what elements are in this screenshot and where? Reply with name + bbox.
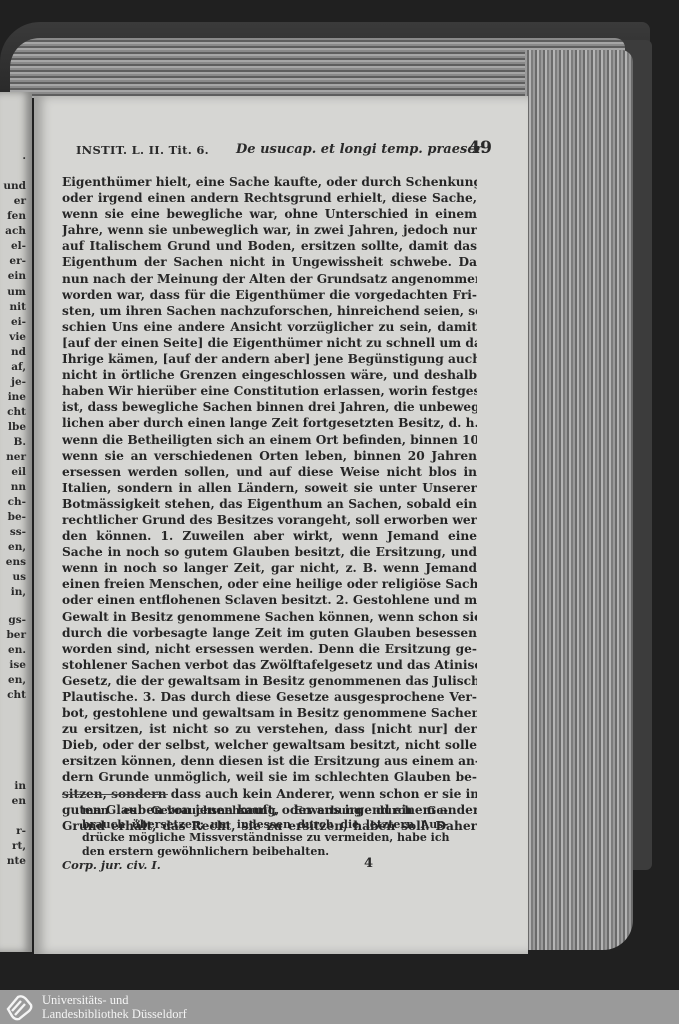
text-line: Plautische. 3. Das durch diese Gesetze a… xyxy=(62,689,477,705)
running-head-section: INSTIT. L. II. Tit. 6. xyxy=(76,143,209,157)
running-head: INSTIT. L. II. Tit. 6. De usucap. et lon… xyxy=(76,141,492,161)
left-page-text-fragment: je- xyxy=(11,376,26,389)
left-page-text-fragment: ner xyxy=(6,451,26,464)
left-page-text-fragment: ei- xyxy=(11,316,26,329)
text-line: [auf der einen Seite] die Eigenthümer ni… xyxy=(62,335,477,351)
text-line: oder irgend einen andern Rechtsgrund erh… xyxy=(62,190,477,206)
footnote: man es Gebrauchsnehmung, Erwerbung durch… xyxy=(82,804,448,858)
left-page-text-fragment: cht xyxy=(7,689,26,702)
text-line: worden sind, nicht ersessen werden. Denn… xyxy=(62,641,477,657)
footnote-line: drücke mögliche Missverständnisse zu ver… xyxy=(82,831,448,845)
left-page-text-fragment: en, xyxy=(8,674,26,687)
left-page-text-fragment: ein xyxy=(8,270,26,283)
text-line: dern Grunde unmöglich, weil sie im schle… xyxy=(62,769,477,785)
text-line: Jahre, wenn sie unbeweglich war, in zwei… xyxy=(62,222,477,238)
left-page-text-fragment: af, xyxy=(11,361,26,374)
text-line: Eigenthum der Sachen nicht in Ungewisshe… xyxy=(62,254,477,270)
text-line: nicht in örtliche Grenzen eingeschlossen… xyxy=(62,367,477,383)
left-page-text-fragment: in, xyxy=(11,586,26,599)
left-page-text-fragment: gs- xyxy=(8,614,26,627)
left-page-text-fragment: nn xyxy=(11,481,26,494)
left-page-text-fragment: ens xyxy=(6,556,26,569)
left-page-text-fragment: en, xyxy=(8,541,26,554)
text-line: wenn sie eine bewegliche war, ohne Unter… xyxy=(62,206,477,222)
left-page-text-fragment: nit xyxy=(10,301,26,314)
left-page-text-fragment: nte xyxy=(7,855,26,868)
text-line: den können. 1. Zuweilen aber wirkt, wenn… xyxy=(62,528,477,544)
text-line: schien Uns eine andere Ansicht vorzüglic… xyxy=(62,319,477,335)
left-page-text-fragment: r- xyxy=(16,825,26,838)
footnote-line: man es Gebrauchsnehmung, Erwerbung durch… xyxy=(82,804,448,818)
signature-mark: Corp. jur. civ. I. xyxy=(62,858,161,872)
left-page-text-fragment: ine xyxy=(8,391,26,404)
left-page-text-fragment: be- xyxy=(8,511,26,524)
text-line: haben Wir hierüber eine Constitution erl… xyxy=(62,383,477,399)
left-page-text-fragment: um xyxy=(7,286,26,299)
book-photo: .underfenachel-er-einumnitei-viendaf,je-… xyxy=(0,0,679,990)
left-page-text-fragment: eil xyxy=(11,466,26,479)
text-line: oder einen entflohenen Sclaven besitzt. … xyxy=(62,592,477,608)
footnote-divider xyxy=(62,794,168,795)
left-page-text-fragment: ss- xyxy=(10,526,26,539)
text-line: wenn in noch so langer Zeit, gar nicht, … xyxy=(62,560,477,576)
text-line: Gesetz, die der gewaltsam in Besitz geno… xyxy=(62,673,477,689)
left-page-text-fragment: ber xyxy=(6,629,26,642)
text-line: lichen aber durch einen lange Zeit fortg… xyxy=(62,415,477,431)
text-line: Botmässigkeit stehen, das Eigenthum an S… xyxy=(62,496,477,512)
left-page-text-fragment: ise xyxy=(9,659,26,672)
left-page-text-fragment: us xyxy=(12,571,26,584)
left-page-fragment: .underfenachel-er-einumnitei-viendaf,je-… xyxy=(0,92,32,952)
left-page-text-fragment: . xyxy=(22,150,26,163)
left-page-text-fragment: en. xyxy=(8,644,26,657)
text-line: Dieb, oder der selbst, welcher gewaltsam… xyxy=(62,737,477,753)
left-page-text-fragment: nd xyxy=(11,346,26,359)
library-footer: Universitäts- und Landesbibliothek Düsse… xyxy=(0,990,679,1024)
text-line: rechtlicher Grund des Besitzes vorangeht… xyxy=(62,512,477,528)
library-name: Universitäts- und Landesbibliothek Düsse… xyxy=(42,993,187,1021)
text-line: sten, um ihren Sachen nachzuforschen, hi… xyxy=(62,303,477,319)
body-text: Eigenthümer hielt, eine Sache kaufte, od… xyxy=(62,174,477,834)
signature-number: 4 xyxy=(364,856,373,871)
library-name-line2: Landesbibliothek Düsseldorf xyxy=(42,1007,187,1021)
left-page-text-fragment: en xyxy=(12,795,26,808)
text-line: ist, dass bewegliche Sachen binnen drei … xyxy=(62,399,477,415)
text-line: auf Italischem Grund und Boden, ersitzen… xyxy=(62,238,477,254)
text-line: ersitzen können, denn diesen ist die Ers… xyxy=(62,753,477,769)
left-page-text-fragment: cht xyxy=(7,406,26,419)
left-page-text-fragment: und xyxy=(3,180,26,193)
text-line: Italien, sondern in allen Ländern, sowei… xyxy=(62,480,477,496)
left-page-text-fragment: fen xyxy=(7,210,26,223)
book-page: INSTIT. L. II. Tit. 6. De usucap. et lon… xyxy=(34,96,528,954)
page-edges-right xyxy=(525,50,633,950)
text-line: Sache in noch so gutem Glauben besitzt, … xyxy=(62,544,477,560)
left-page-text-fragment: el- xyxy=(11,240,26,253)
text-line: Ihrige kämen, [auf der andern aber] jene… xyxy=(62,351,477,367)
text-line: wenn sie an verschiedenen Orten leben, b… xyxy=(62,448,477,464)
text-line: wenn die Betheiligten sich an einem Ort … xyxy=(62,432,477,448)
left-page-text-fragment: ach xyxy=(5,225,26,238)
left-page-text-fragment: ch- xyxy=(8,496,26,509)
text-line: einen freien Menschen, oder eine heilige… xyxy=(62,576,477,592)
text-line: bot, gestohlene und gewaltsam in Besitz … xyxy=(62,705,477,721)
text-line: durch die vorbesagte lange Zeit im guten… xyxy=(62,625,477,641)
library-name-line1: Universitäts- und xyxy=(42,993,187,1007)
book-logo-icon xyxy=(4,992,34,1022)
footnote-line: den erstern gewöhnlichern beibehalten. xyxy=(82,845,448,859)
text-line: zu ersitzen, ist nicht so zu verstehen, … xyxy=(62,721,477,737)
left-page-text-fragment: B. xyxy=(13,436,26,449)
page-number: 49 xyxy=(468,138,492,158)
footnote-line: brauch übersetzen; um indessen durch die… xyxy=(82,818,448,832)
text-line: Eigenthümer hielt, eine Sache kaufte, od… xyxy=(62,174,477,190)
left-page-text-fragment: rt, xyxy=(12,840,26,853)
text-line: nun nach der Meinung der Alten der Grund… xyxy=(62,271,477,287)
text-line: stohlener Sachen verbot das Zwölftafelge… xyxy=(62,657,477,673)
left-page-text-fragment: in xyxy=(14,780,26,793)
text-line: worden war, dass für die Eigenthümer die… xyxy=(62,287,477,303)
text-line: ersessen werden sollen, und auf diese We… xyxy=(62,464,477,480)
text-line: Gewalt in Besitz genommene Sachen können… xyxy=(62,609,477,625)
left-page-text-fragment: vie xyxy=(9,331,26,344)
left-page-text-fragment: er- xyxy=(9,255,26,268)
left-page-text-fragment: er xyxy=(14,195,26,208)
left-page-text-fragment: lbe xyxy=(8,421,26,434)
running-head-title: De usucap. et longi temp. praescr. xyxy=(236,142,485,157)
